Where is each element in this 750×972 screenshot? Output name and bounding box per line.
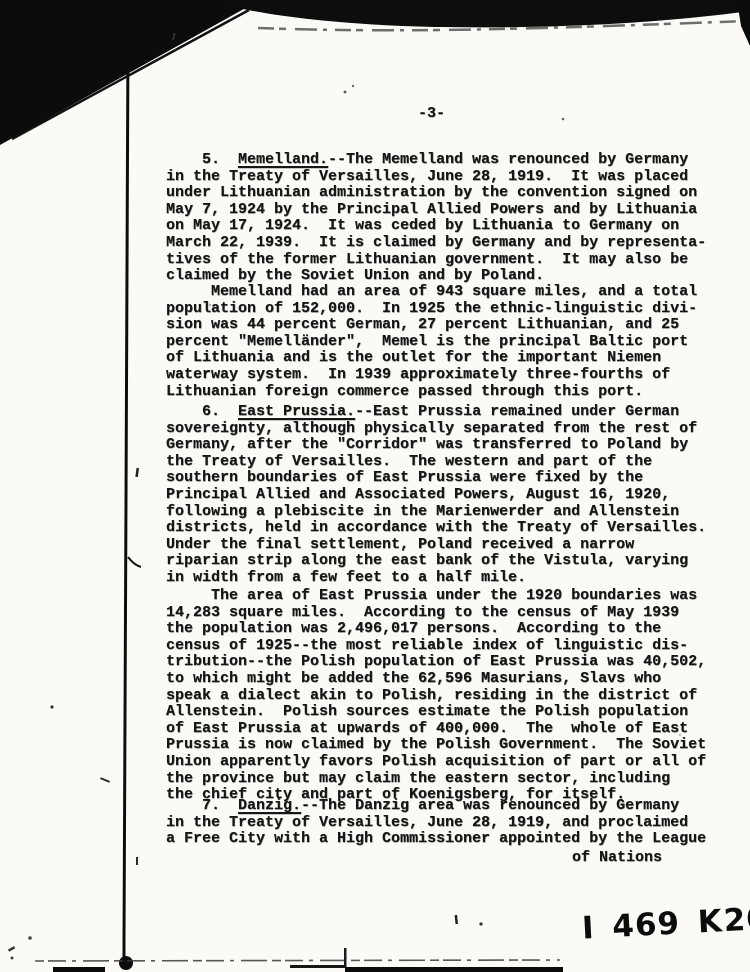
paragraph-memelland-statistics: Memelland had an area of 943 square mile… [166,284,697,400]
annotation-text: I 469 K [581,903,724,946]
speck [100,777,110,783]
section-heading-east-prussia: East Prussia. [238,403,355,420]
bottom-bar-mid [290,965,345,968]
speck [352,85,354,87]
margin-line-foot [119,956,133,970]
section-heading-memelland: Memelland. [238,151,328,168]
speck [479,922,482,925]
margin-line-hook [128,557,141,567]
paragraph-text: --East Prussia remained under German sov… [166,403,706,586]
speck [344,91,347,94]
paragraph-text: --The Memelland was renounced by Germany… [166,151,706,284]
crease-line-artifact [12,10,249,139]
paragraph-indent: 6. [166,403,238,420]
top-edge-artifact [222,0,750,27]
paragraph-text: Memelland had an area of 943 square mile… [166,283,697,400]
speck [50,705,53,708]
paragraph-east-prussia-statistics: The area of East Prussia under the 1920 … [166,588,706,804]
top-edge-fuzz [258,21,748,30]
top-right-blob-artifact [737,0,750,46]
document-page: -3- 5. Memelland.--The Memelland was ren… [0,0,750,972]
bottom-bar-left [53,967,105,972]
speck [136,857,138,865]
paragraph-memelland: 5. Memelland.--The Memelland was renounc… [166,152,706,285]
corner-shadow-artifact [0,0,260,145]
speck [11,957,14,960]
speck [562,118,565,121]
speck [172,33,175,40]
section-heading-danzig: Danzig. [238,797,301,814]
catchword: of Nations [572,850,662,867]
speck [135,468,139,477]
speck [8,946,15,952]
speck [455,915,458,924]
annotation-text: 20 [723,901,750,939]
bottom-bar-right [345,967,563,972]
handwritten-annotation: I 469 K20 [581,901,750,946]
paragraph-danzig: 7. Danzig.--The Danzig area was renounce… [166,798,706,848]
speck [28,936,32,940]
paragraph-east-prussia: 6. East Prussia.--East Prussia remained … [166,404,706,587]
page-number: -3- [418,106,445,123]
left-margin-line-artifact [124,38,128,964]
paragraph-indent: 7. [166,797,238,814]
bottom-thin-line-artifact [35,960,560,961]
paragraph-indent: 5. [166,151,238,168]
paragraph-text: The area of East Prussia under the 1920 … [166,587,706,803]
scanned-document-page: { "page": { "number": "-3-", "catchword"… [0,0,750,972]
bottom-tick [344,948,347,967]
